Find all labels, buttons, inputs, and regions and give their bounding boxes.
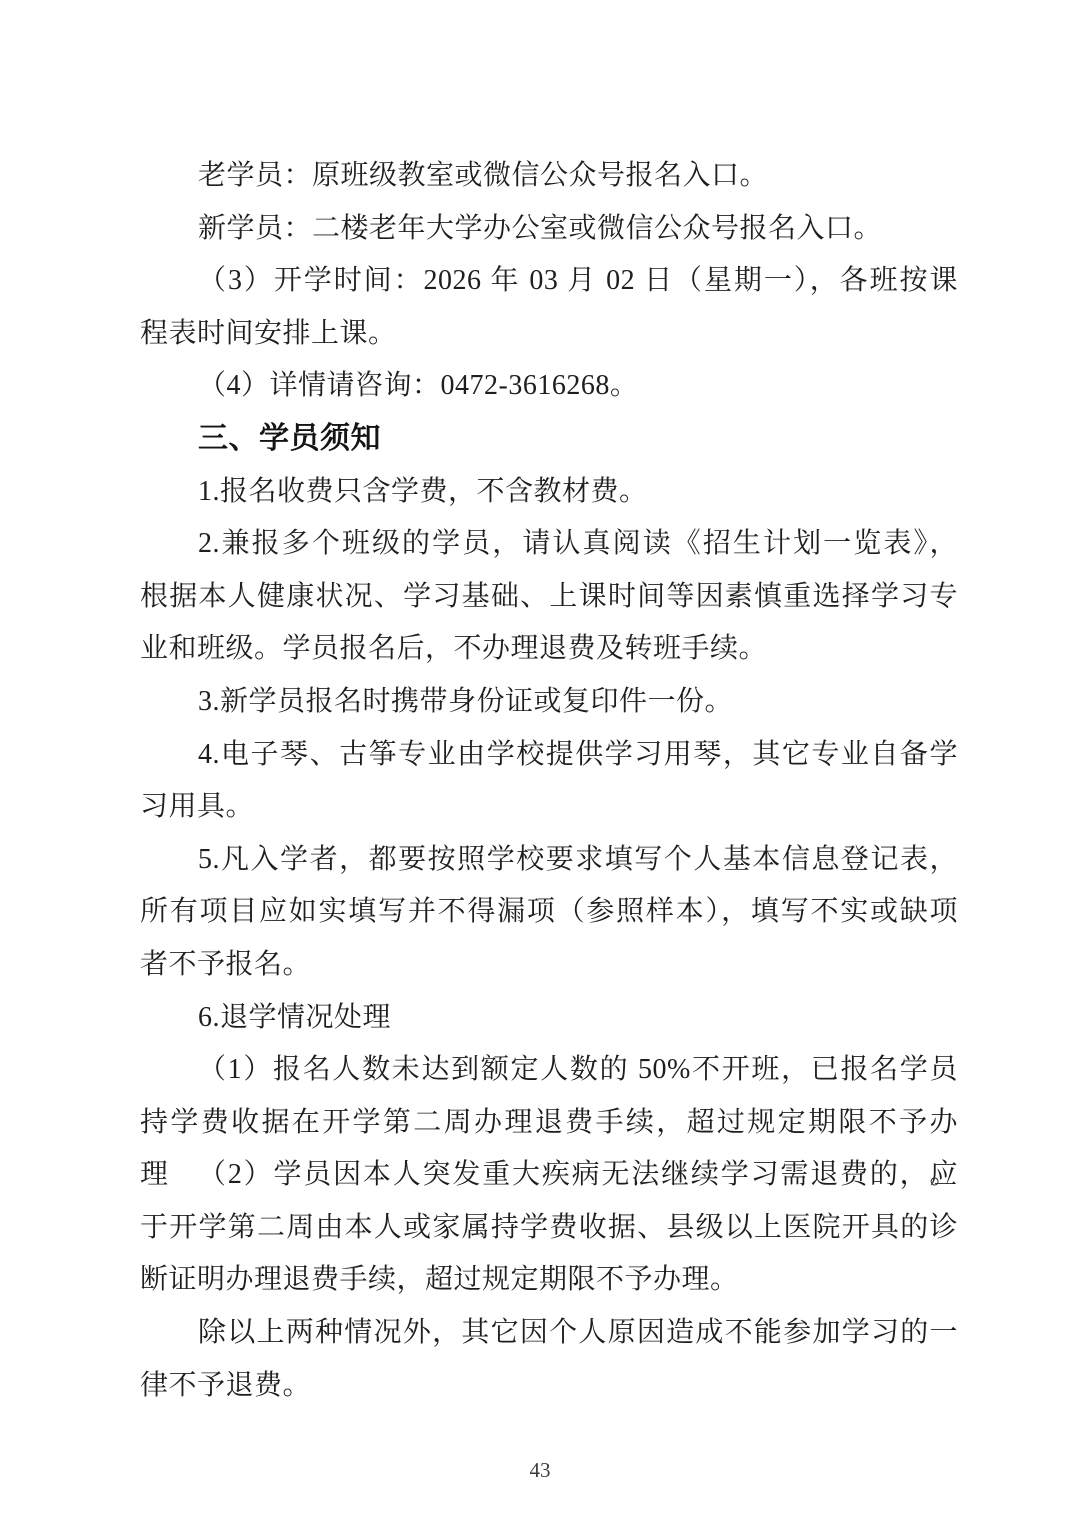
text-line-item6-other: 除以上两种情况外，其它因个人原因造成不能参加学习的一 xyxy=(140,1307,958,1360)
text-line-item6-2-cont2: 断证明办理退费手续，超过规定期限不予办理。 xyxy=(140,1254,958,1307)
text-line-new-students: 新学员：二楼老年大学办公室或微信公众号报名入口。 xyxy=(140,203,958,256)
text-line-item5-cont1: 所有项目应如实填写并不得漏项（参照样本），填写不实或缺项 xyxy=(140,886,958,939)
text-line-item4: 4.电子琴、古筝专业由学校提供学习用琴，其它专业自备学 xyxy=(140,729,958,782)
text-line-item2-cont1: 根据本人健康状况、学习基础、上课时间等因素慎重选择学习专 xyxy=(140,571,958,624)
text-line-item6-2-cont1: 于开学第二周由本人或家属持学费收据、县级以上医院开具的诊 xyxy=(140,1202,958,1255)
text-line-item6-other-cont: 律不予退费。 xyxy=(140,1360,958,1413)
text-line-item6-1: （1）报名人数未达到额定人数的 50%不开班，已报名学员 xyxy=(140,1044,958,1097)
text-line-item6-2: （2）学员因本人突发重大疾病无法继续学习需退费的，应 xyxy=(140,1149,958,1202)
document-page: 老学员：原班级教室或微信公众号报名入口。 新学员：二楼老年大学办公室或微信公众号… xyxy=(0,0,1080,1527)
text-line-item4-cont: 习用具。 xyxy=(140,781,958,834)
text-line-item6-1-cont: 持学费收据在开学第二周办理退费手续，超过规定期限不予办理。 xyxy=(140,1097,958,1150)
text-line-item2-cont2: 业和班级。学员报名后，不办理退费及转班手续。 xyxy=(140,623,958,676)
text-line-item3: 3.新学员报名时携带身份证或复印件一份。 xyxy=(140,676,958,729)
text-line-old-students: 老学员：原班级教室或微信公众号报名入口。 xyxy=(140,150,958,203)
text-line-start-date-cont: 程表时间安排上课。 xyxy=(140,308,958,361)
text-line-phone: （4）详情请咨询：0472-3616268。 xyxy=(140,360,958,413)
text-line-item5-cont2: 者不予报名。 xyxy=(140,939,958,992)
text-line-item5: 5.凡入学者，都要按照学校要求填写个人基本信息登记表， xyxy=(140,834,958,887)
text-line-start-date: （3）开学时间：2026 年 03 月 02 日（星期一），各班按课 xyxy=(140,255,958,308)
text-line-item2: 2.兼报多个班级的学员，请认真阅读《招生计划一览表》， xyxy=(140,518,958,571)
document-body: 老学员：原班级教室或微信公众号报名入口。 新学员：二楼老年大学办公室或微信公众号… xyxy=(140,150,958,1412)
page-number: 43 xyxy=(0,1458,1080,1483)
text-line-item6: 6.退学情况处理 xyxy=(140,992,958,1045)
text-line-item1: 1.报名收费只含学费，不含教材费。 xyxy=(140,466,958,519)
section-heading-notice: 三、学员须知 xyxy=(140,413,958,466)
